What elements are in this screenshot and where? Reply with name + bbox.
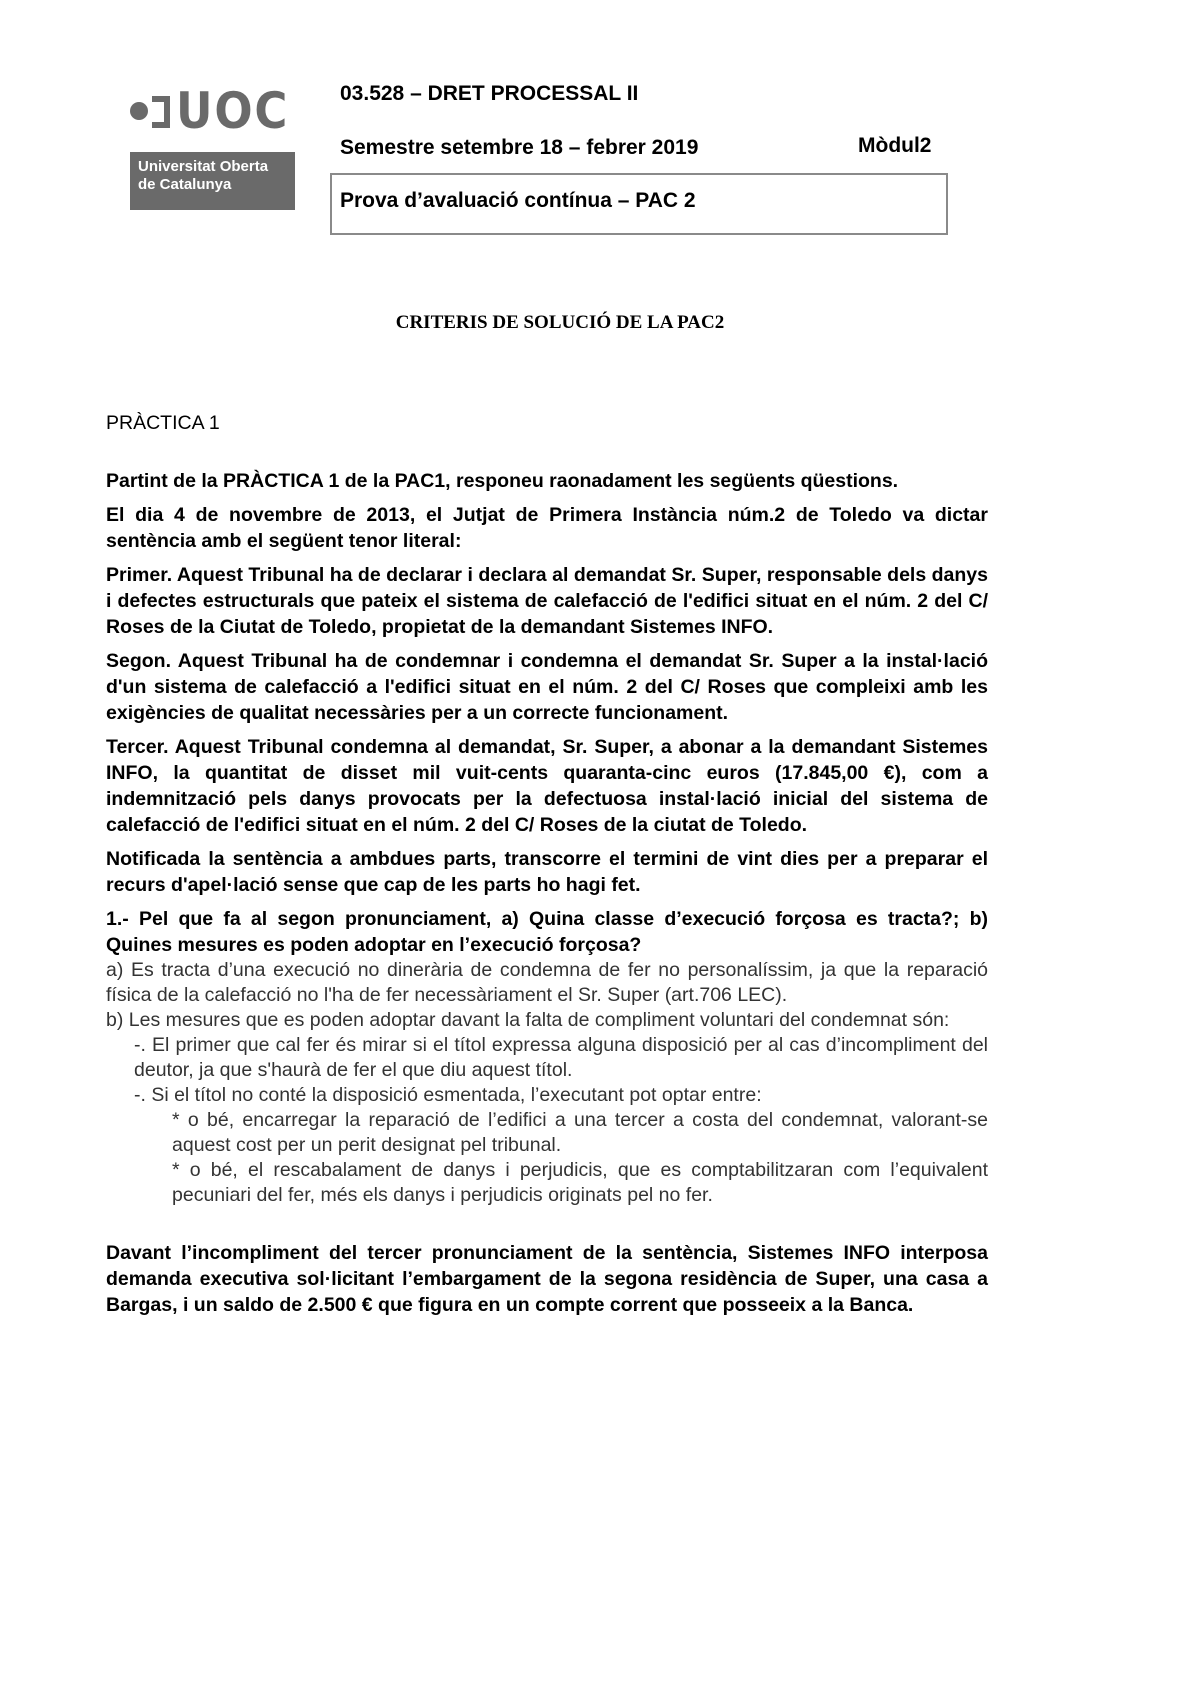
logo-university-name: Universitat Oberta de Catalunya — [130, 152, 295, 210]
execution-paragraph: Davant l’incompliment del tercer pronunc… — [106, 1240, 988, 1318]
answer-a: a) Es tracta d’una execució no dinerària… — [106, 958, 988, 1008]
document-body: PRÀCTICA 1 Partint de la PRÀCTICA 1 de l… — [106, 410, 988, 1318]
uoc-logo-mark: UOC — [130, 88, 300, 138]
course-title: 03.528 – DRET PROCESSAL II — [340, 82, 638, 106]
pac-title: Prova d’avaluació contínua – PAC 2 — [340, 189, 696, 213]
logo-line-2: de Catalunya — [138, 176, 287, 194]
option-sub-2: * o bé, el rescabalament de danys i perj… — [106, 1158, 988, 1208]
ruling-tercer: Tercer. Aquest Tribunal condemna al dema… — [106, 734, 988, 838]
ruling-segon: Segon. Aquest Tribunal ha de condemnar i… — [106, 648, 988, 726]
logo-dot-icon — [130, 102, 148, 120]
answer-b: b) Les mesures que es poden adoptar dava… — [106, 1008, 988, 1033]
measure-bullet-2: -. Si el títol no conté la disposició es… — [106, 1083, 988, 1108]
context-paragraph: El dia 4 de novembre de 2013, el Jutjat … — [106, 502, 988, 554]
logo-bracket-icon — [152, 96, 170, 128]
criteria-title: CRITERIS DE SOLUCIÓ DE LA PAC2 — [396, 312, 725, 334]
ruling-primer: Primer. Aquest Tribunal ha de declarar i… — [106, 562, 988, 640]
logo-letters: UOC — [176, 82, 289, 140]
pac-title-box: Prova d’avaluació contínua – PAC 2 — [330, 173, 948, 235]
intro-paragraph: Partint de la PRÀCTICA 1 de la PAC1, res… — [106, 468, 988, 494]
question-1: 1.- Pel que fa al segon pronunciament, a… — [106, 906, 988, 958]
option-sub-1: * o bé, encarregar la reparació de l’edi… — [106, 1108, 988, 1158]
semester-label: Semestre setembre 18 – febrer 2019 — [340, 136, 698, 160]
criteria-heading: CRITERIS DE SOLUCIÓ DE LA PAC2 — [0, 312, 1200, 334]
logo-line-1: Universitat Oberta — [138, 158, 287, 176]
uoc-logo: UOC Universitat Oberta de Catalunya — [130, 88, 300, 210]
module-label: Mòdul2 — [858, 134, 932, 158]
notification-paragraph: Notificada la sentència a ambdues parts,… — [106, 846, 988, 898]
measure-bullet-1: -. El primer que cal fer és mirar si el … — [106, 1033, 988, 1083]
practice-heading: PRÀCTICA 1 — [106, 410, 988, 436]
